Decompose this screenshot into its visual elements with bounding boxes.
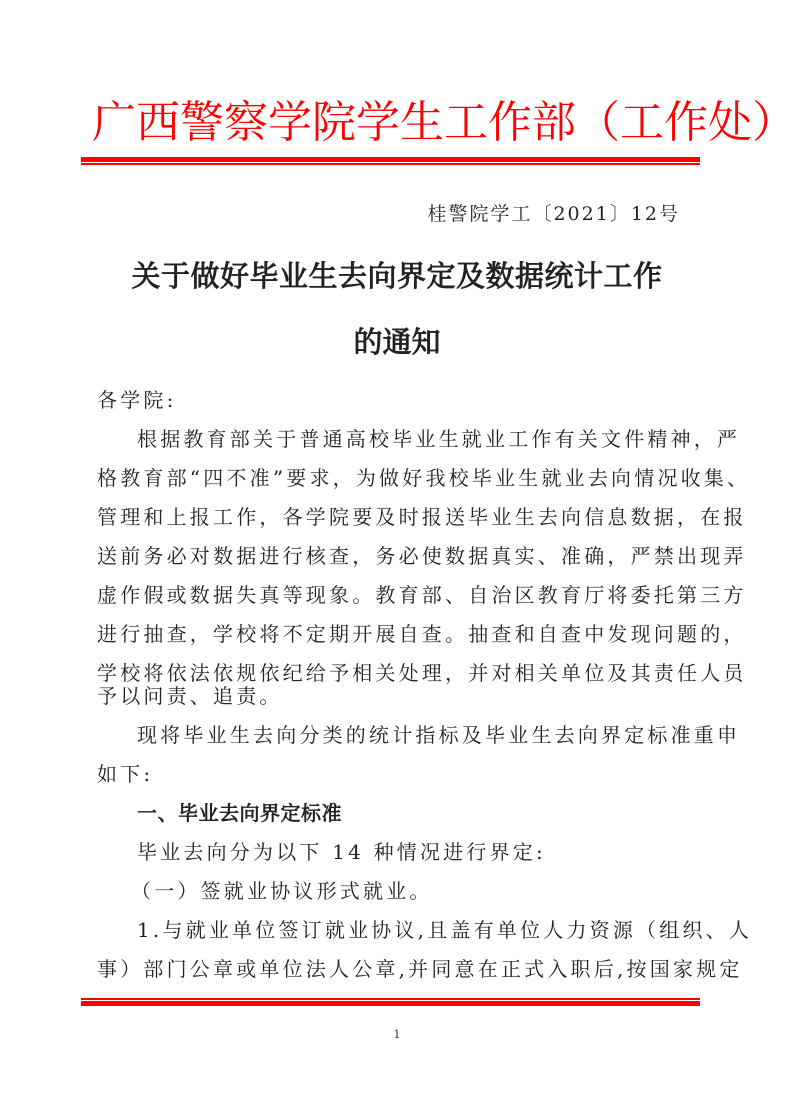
footer-thin-rule bbox=[81, 998, 700, 1000]
letterhead-thin-rule bbox=[81, 163, 700, 165]
section-line: 毕业去向分为以下 14 种情况进行界定: bbox=[137, 838, 701, 866]
body-line: 进行抽查，学校将不定期开展自查。抽查和自查中发现问题的， bbox=[97, 620, 701, 648]
section-line: 1.与就业单位签订就业协议,且盖有单位人力资源（组织、人 bbox=[137, 916, 701, 944]
body-line: 现将毕业生去向分类的统计指标及毕业生去向界定标准重申 bbox=[137, 721, 701, 749]
document-page: 广西警察学院学生工作部（工作处） 桂警院学工〔2021〕12号 关于做好毕业生去… bbox=[0, 0, 794, 1108]
body-line: 管理和上报工作，各学院要及时报送毕业生去向信息数据，在报 bbox=[97, 503, 701, 531]
body-line: 送前务必对数据进行核查，务必使数据真实、准确，严禁出现弄 bbox=[97, 542, 701, 570]
document-title-line-2: 的通知 bbox=[0, 322, 794, 362]
footer-thick-rule bbox=[81, 1001, 700, 1006]
letterhead-thick-rule bbox=[81, 157, 700, 162]
section-line: 事）部门公章或单位法人公章,并同意在正式入职后,按国家规定 bbox=[97, 955, 701, 983]
body-line: 如下: bbox=[97, 760, 701, 788]
section-heading: 一、毕业去向界定标准 bbox=[137, 799, 701, 827]
body-line: 格教育部“四不准”要求，为做好我校毕业生就业去向情况收集、 bbox=[97, 464, 701, 492]
document-title-line-1: 关于做好毕业生去向界定及数据统计工作 bbox=[0, 256, 794, 296]
body-line: 虚作假或数据失真等现象。教育部、自治区教育厅将委托第三方 bbox=[97, 581, 701, 609]
salutation: 各学院: bbox=[97, 386, 701, 414]
section-line: （一）签就业协议形式就业。 bbox=[131, 877, 735, 905]
page-number: 1 bbox=[0, 1028, 794, 1041]
body-line: 根据教育部关于普通高校毕业生就业工作有关文件精神，严 bbox=[137, 425, 701, 453]
letterhead-title: 广西警察学院学生工作部（工作处） bbox=[92, 92, 704, 154]
document-number: 桂警院学工〔2021〕12号 bbox=[427, 200, 680, 228]
body-line: 予以问责、追责。 bbox=[97, 682, 701, 710]
